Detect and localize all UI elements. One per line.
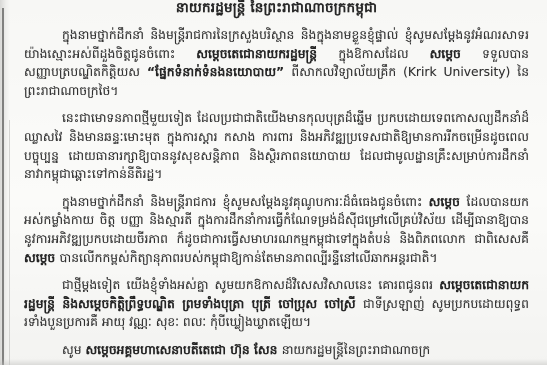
scan-edge-line [2,8,4,365]
text-run-bold: សម្តេច [429,195,467,209]
text-run: នាយករដ្ឋមន្ត្រីនៃព្រះរាជាណាចក្រ [282,343,431,357]
text-run: ក្នុងនាមថ្នាក់ដឹកនាំ និងមន្ត្រីរាជការ ខ្… [62,195,429,209]
paragraph-3: ក្នុងនាមថ្នាក់ដឹកនាំ និងមន្ត្រីរាជការ ខ្… [24,193,529,267]
text-run-bold: សម្តេច [24,251,60,265]
paragraph-2: នេះជាមោទនភាពថ្មីមួយទៀត ដែលប្រជាជាតិយើងមា… [24,109,529,183]
scan-bottom-shadow [0,359,547,365]
document-title: នាយករដ្ឋមន្ត្រី នៃព្រះរាជាណាចក្រកម្ពុជា [24,0,529,16]
scan-edge-line-secondary [9,120,10,365]
text-run: ជាថ្មីម្តងទៀត យើងខ្ញុំទាំងអស់គ្នា សូមយកឱ… [62,278,439,292]
paragraph-1: ក្នុងនាមថ្នាក់ដឹកនាំ និងមន្ត្រីរាជការនៃក… [24,26,529,100]
text-run: បានលើកកម្ពស់កិត្យានុភាពរបស់កម្ពុជាឱ្យកាន… [60,251,438,265]
text-run-bold: សម្តេចតេជោនាយករដ្ឋមន្ត្រី [196,47,338,61]
paragraph-5: សូម សម្តេចអគ្គមហាសេនាបតីតេជោ ហ៊ុន សែន នា… [24,341,529,360]
document-content: នាយករដ្ឋមន្ត្រី នៃព្រះរាជាណាចក្រកម្ពុជា … [24,0,529,360]
scanned-document-page: នាយករដ្ឋមន្ត្រី នៃព្រះរាជាណាចក្រកម្ពុជា … [0,0,547,365]
text-run: សូម [62,343,85,357]
paragraph-4: ជាថ្មីម្តងទៀត យើងខ្ញុំទាំងអស់គ្នា សូមយកឱ… [24,276,529,332]
text-run: ក្នុងឱកាសដែល [338,47,429,61]
honorary-degree-title: “ផ្នែកទំនាក់ទំនងនយោបាយ” [147,65,291,79]
text-run: នេះជាមោទនភាពថ្មីមួយទៀត ដែលប្រជាជាតិយើងមា… [24,111,529,181]
prime-minister-name: សម្តេចអគ្គមហាសេនាបតីតេជោ ហ៊ុន សែន [85,343,281,357]
text-run-bold: សម្តេច [430,47,483,61]
